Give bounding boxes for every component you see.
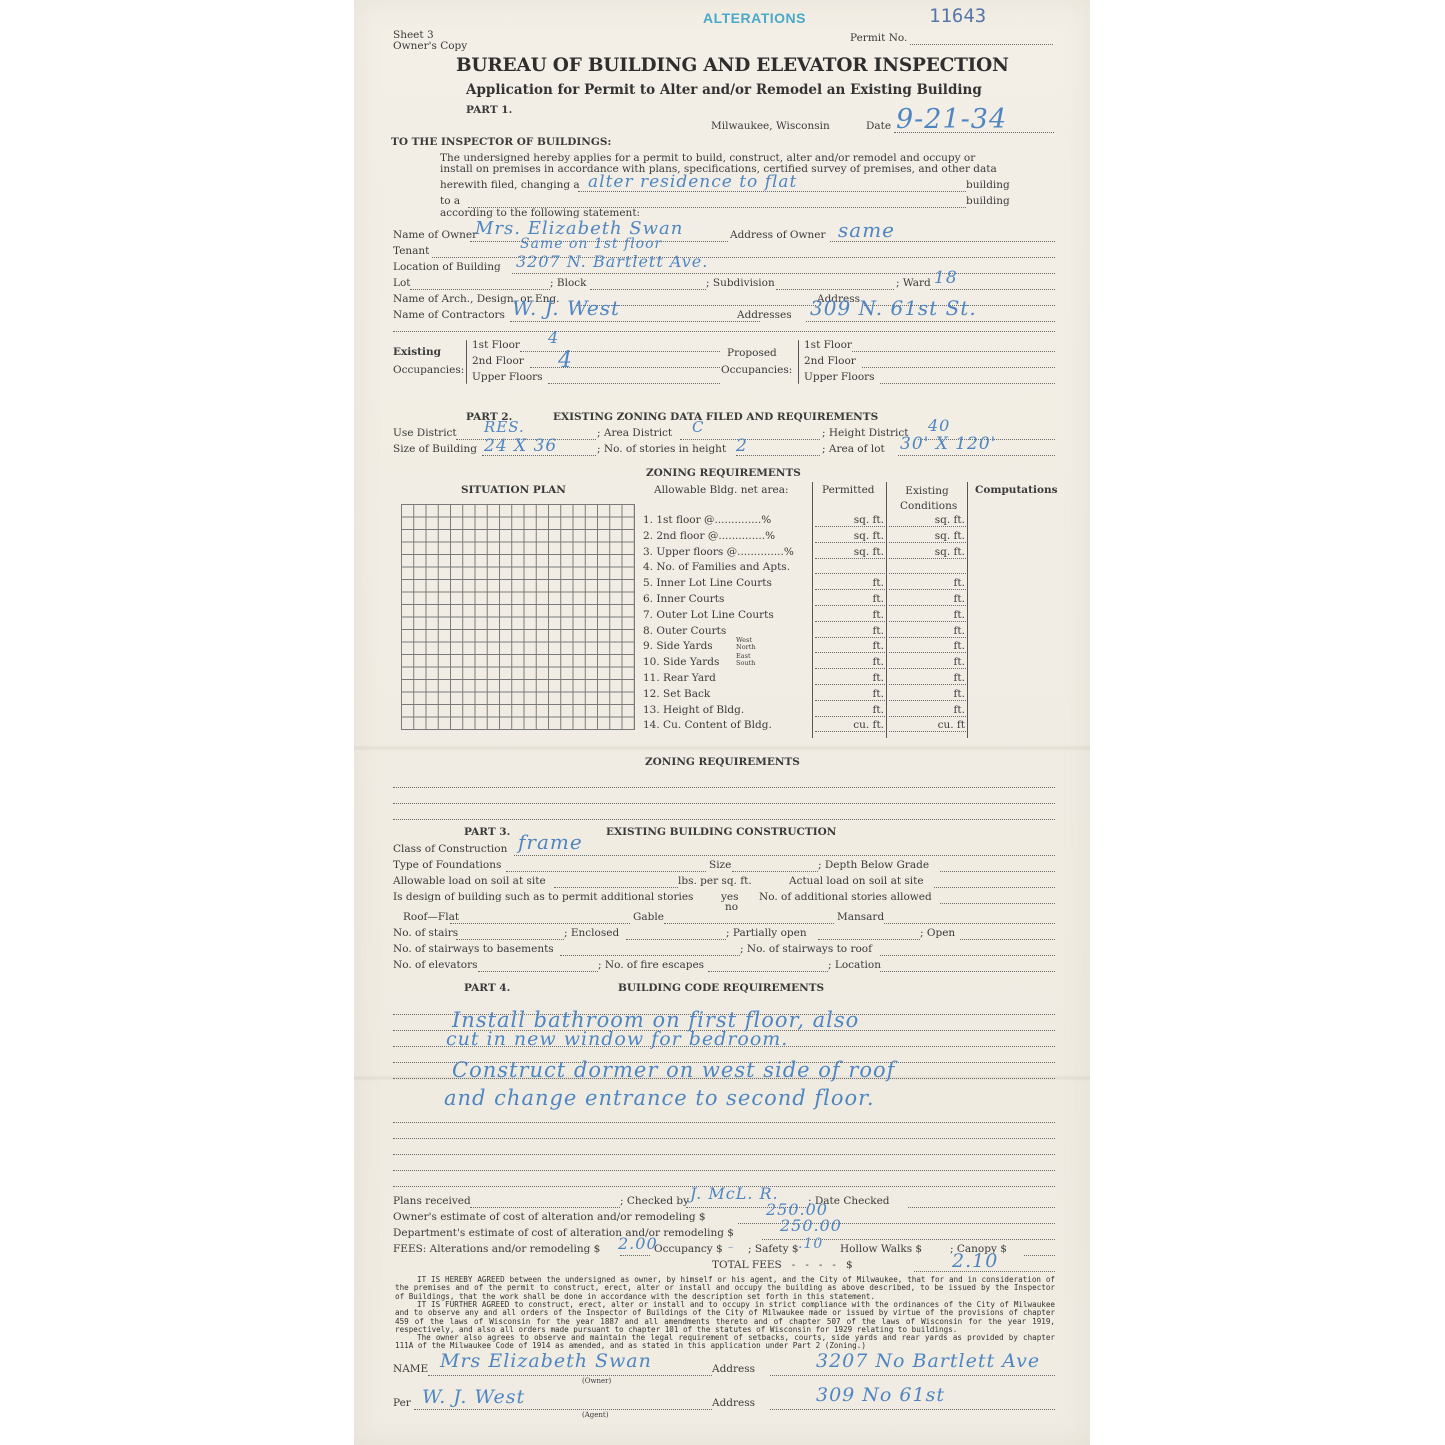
- permit-line: [910, 44, 1053, 45]
- existing-field[interactable]: [889, 637, 966, 638]
- code-requirement-line-4[interactable]: and change entrance to second floor.: [444, 1086, 875, 1110]
- permitted-unit: cu. ft.: [852, 719, 884, 731]
- lot-area-label: ; Area of lot: [822, 443, 885, 455]
- agent-signature-line: [414, 1409, 712, 1410]
- size-line-3[interactable]: [732, 871, 818, 872]
- row-label: 1. 1st floor @..............%: [643, 514, 771, 526]
- agent-address-label: Address: [712, 1397, 755, 1409]
- existing-field[interactable]: [889, 605, 966, 606]
- additional-label: No. of additional stories allowed: [759, 891, 932, 903]
- part2-title: EXISTING ZONING DATA FILED AND REQUIREME…: [553, 411, 878, 423]
- permitted-unit: ft.: [872, 609, 884, 621]
- use-district-label: Use District: [393, 427, 457, 439]
- row-label: 4. No. of Families and Apts.: [643, 561, 790, 573]
- existing-field[interactable]: [889, 652, 966, 653]
- existing-unit: ft.: [953, 656, 965, 668]
- existing-unit: cu. ft: [937, 719, 965, 731]
- existing-floor-1-line: [520, 351, 720, 352]
- part4-title: BUILDING CODE REQUIREMENTS: [618, 982, 824, 994]
- permitted-field[interactable]: [815, 652, 885, 653]
- existing-field[interactable]: [889, 558, 966, 559]
- permitted-field[interactable]: [815, 621, 885, 622]
- size-label-3: Size: [709, 859, 731, 871]
- use-district-value[interactable]: RES.: [484, 418, 525, 436]
- ruled-line: [393, 1170, 1055, 1171]
- stories-value[interactable]: 2: [736, 436, 748, 456]
- permit-number: 11643: [929, 5, 986, 27]
- permitted-field[interactable]: [815, 668, 885, 669]
- proposed-floor-2-line[interactable]: [862, 367, 1055, 368]
- location-label-3: ; Location: [828, 959, 881, 971]
- existing-upper-label: Upper Floors: [472, 371, 543, 383]
- height-district-label: ; Height District: [822, 427, 909, 439]
- stories-label: ; No. of stories in height: [597, 443, 726, 455]
- class-value[interactable]: frame: [518, 830, 583, 854]
- zoning-table-title: ZONING REQUIREMENTS: [646, 467, 801, 479]
- subdivision-label: ; Subdivision: [706, 277, 775, 289]
- permitted-field[interactable]: [815, 637, 885, 638]
- row-label: 6. Inner Courts: [643, 593, 724, 605]
- lot-label: Lot: [393, 277, 411, 289]
- permitted-field[interactable]: [815, 716, 885, 717]
- allowable-load-line[interactable]: [554, 887, 678, 888]
- lot-area-line: [898, 455, 1055, 456]
- contractor-value[interactable]: W. J. West: [512, 296, 620, 320]
- column-divider: [812, 482, 813, 738]
- owner-address-line-sig: [770, 1375, 1055, 1376]
- column-divider: [967, 482, 968, 738]
- permitted-unit: ft.: [872, 688, 884, 700]
- existing-field[interactable]: [889, 668, 966, 669]
- header-computations: Computations: [975, 484, 1058, 496]
- brace-icon: [466, 340, 467, 384]
- permitted-unit: ft.: [872, 656, 884, 668]
- permitted-field[interactable]: [815, 558, 885, 559]
- contractor-label: Name of Contractors: [393, 309, 505, 321]
- permitted-unit: ft.: [872, 704, 884, 716]
- existing-upper-line[interactable]: [548, 383, 720, 384]
- existing-floor-2-label: 2nd Floor: [472, 355, 524, 367]
- agent-caption: (Agent): [582, 1411, 608, 1419]
- existing-field[interactable]: [889, 589, 966, 590]
- city-label: Milwaukee, Wisconsin: [711, 120, 830, 132]
- column-divider: [886, 482, 887, 738]
- row-label: 9. Side Yards: [643, 640, 713, 652]
- enclosed-label: ; Enclosed: [564, 927, 619, 939]
- fees-alterations-value[interactable]: 2.00: [618, 1234, 658, 1253]
- size-value[interactable]: 24 X 36: [484, 436, 557, 456]
- agent-address-value[interactable]: 309 No 61st: [816, 1384, 945, 1406]
- safety-value[interactable]: .10: [798, 1236, 823, 1252]
- open-line[interactable]: [960, 939, 1055, 940]
- stairways-roof-line[interactable]: [880, 955, 1055, 956]
- occupancies-label: Occupancies:: [393, 364, 464, 376]
- contractor-address-label: Addresses: [737, 309, 792, 321]
- additional-line[interactable]: [940, 903, 1055, 904]
- code-requirement-line-3[interactable]: Construct dormer on west side of roof: [452, 1058, 895, 1082]
- contractor-address-line: [806, 321, 1055, 322]
- zoning-line[interactable]: [393, 819, 1055, 820]
- legal-paragraph-1: IT IS HEREBY AGREED between the undersig…: [395, 1276, 1055, 1301]
- permitted-unit: sq. ft.: [853, 530, 884, 542]
- checked-by-label: ; Checked by: [620, 1195, 689, 1207]
- lot-area-value[interactable]: 30' X 120': [900, 434, 996, 454]
- code-requirement-line-2[interactable]: cut in new window for bedroom.: [446, 1028, 788, 1050]
- fire-escapes-line[interactable]: [708, 971, 828, 972]
- elevators-line[interactable]: [478, 971, 598, 972]
- owner-address-value[interactable]: same: [838, 218, 895, 242]
- block-label: ; Block: [550, 277, 587, 289]
- proposed-occupancies-label: Occupancies:: [721, 364, 792, 376]
- ruled-line: [393, 1122, 1055, 1123]
- row-label: 11. Rear Yard: [643, 672, 716, 684]
- agent-signature[interactable]: W. J. West: [422, 1386, 525, 1408]
- permitted-unit: ft.: [872, 593, 884, 605]
- part3-title: EXISTING BUILDING CONSTRUCTION: [606, 826, 836, 838]
- owner-caption: (Owner): [582, 1377, 611, 1385]
- no-option[interactable]: no: [725, 901, 738, 913]
- existing-unit: sq. ft.: [934, 530, 965, 542]
- owner-label: Name of Owner: [393, 229, 477, 241]
- proposed-upper-line[interactable]: [880, 383, 1055, 384]
- zoning-line[interactable]: [393, 787, 1055, 788]
- existing-unit: sq. ft.: [934, 514, 965, 526]
- depth-label: ; Depth Below Grade: [818, 859, 929, 871]
- contractor-address-value[interactable]: 309 N. 61st St.: [810, 296, 977, 320]
- height-district-value[interactable]: 40: [928, 416, 950, 435]
- permitted-field[interactable]: [815, 573, 885, 574]
- area-district-label: ; Area District: [597, 427, 672, 439]
- building-label: building: [966, 179, 1010, 191]
- existing-field[interactable]: [889, 573, 966, 574]
- separator-line: [393, 331, 1055, 332]
- existing-field[interactable]: [889, 621, 966, 622]
- row-label: 5. Inner Lot Line Courts: [643, 577, 772, 589]
- situation-plan-title: SITUATION PLAN: [461, 484, 566, 496]
- salutation: TO THE INSPECTOR OF BUILDINGS:: [391, 136, 611, 148]
- stairs-line[interactable]: [456, 939, 564, 940]
- existing-unit: ft.: [953, 609, 965, 621]
- stairways-basement-label: No. of stairways to basements: [393, 943, 554, 955]
- row-sublabel: West North: [736, 637, 758, 651]
- row-sublabel: East South: [736, 653, 758, 667]
- existing-field[interactable]: [889, 716, 966, 717]
- plans-received-label: Plans received: [393, 1195, 471, 1207]
- allowable-load-label: Allowable load on soil at site: [393, 875, 546, 887]
- stairs-label: No. of stairs: [393, 927, 458, 939]
- stairways-roof-label: ; No. of stairways to roof: [740, 943, 872, 955]
- dept-estimate-value[interactable]: 250.00: [780, 1216, 842, 1235]
- permitted-unit: ft.: [872, 625, 884, 637]
- row-label: 12. Set Back: [643, 688, 710, 700]
- existing-unit: ft.: [953, 688, 965, 700]
- existing-field[interactable]: [889, 542, 966, 543]
- changing-value[interactable]: alter residence to flat: [588, 172, 797, 192]
- permitted-field[interactable]: [815, 589, 885, 590]
- open-label: ; Open: [920, 927, 955, 939]
- total-fees-label: TOTAL FEES - - - - $: [712, 1259, 853, 1271]
- date-value: 9-21-34: [896, 104, 1007, 135]
- part4-label: PART 4.: [464, 982, 510, 994]
- row-label: 8. Outer Courts: [643, 625, 726, 637]
- gable-label: Gable: [633, 911, 664, 923]
- permitted-unit: sq. ft.: [853, 514, 884, 526]
- permitted-field[interactable]: [815, 526, 885, 527]
- existing-unit: ft.: [953, 625, 965, 637]
- permitted-field[interactable]: [815, 684, 885, 685]
- permitted-unit: ft.: [872, 577, 884, 589]
- lbs-label: lbs. per sq. ft.: [678, 875, 752, 887]
- owner-address-label: Address of Owner: [730, 229, 826, 241]
- legal-paragraph-3: The owner also agrees to observe and mai…: [395, 1334, 1055, 1351]
- row-label: 13. Height of Bldg.: [643, 704, 744, 716]
- dept-estimate-label: Department's estimate of cost of alterat…: [393, 1227, 734, 1239]
- location-line-3[interactable]: [880, 971, 1055, 972]
- depth-line[interactable]: [940, 871, 1055, 872]
- legal-paragraph-2: IT IS FURTHER AGREED to construct, erect…: [395, 1301, 1055, 1334]
- existing-label: Existing: [393, 346, 441, 358]
- owner-address-label-sig: Address: [712, 1363, 755, 1375]
- proposed-label: Proposed: [727, 347, 777, 359]
- permitted-field[interactable]: [815, 700, 885, 701]
- owner-estimate-label: Owner's estimate of cost of alteration a…: [393, 1211, 706, 1223]
- row-label: 3. Upper floors @..............%: [643, 546, 794, 558]
- row-label: 7. Outer Lot Line Courts: [643, 609, 774, 621]
- occupancy-label: Occupancy $: [654, 1243, 723, 1255]
- existing-unit: ft.: [953, 640, 965, 652]
- roof-flat-line[interactable]: [450, 923, 630, 924]
- roof-flat-label: Roof—Flat: [403, 911, 459, 923]
- date-checked-line[interactable]: [908, 1207, 1055, 1208]
- elevators-label: No. of elevators: [393, 959, 477, 971]
- block-line[interactable]: [590, 289, 706, 290]
- agent-address-line: [770, 1409, 1055, 1410]
- size-label: Size of Building: [393, 443, 477, 455]
- row-label: 14. Cu. Content of Bldg.: [643, 719, 772, 731]
- ward-label: ; Ward: [896, 277, 931, 289]
- existing-field[interactable]: [889, 731, 966, 732]
- existing-unit: sq. ft.: [934, 546, 965, 558]
- header-allowable: Allowable Bldg. net area:: [654, 484, 789, 496]
- lot-line[interactable]: [410, 289, 550, 290]
- page-title: BUREAU OF BUILDING AND ELEVATOR INSPECTI…: [456, 55, 1009, 76]
- permitted-unit: ft.: [872, 640, 884, 652]
- header-existing: Existing Conditions: [900, 484, 954, 514]
- actual-load-line[interactable]: [934, 887, 1055, 888]
- ward-line: [930, 289, 1055, 290]
- existing-unit: ft.: [953, 577, 965, 589]
- date-label: Date: [866, 120, 891, 132]
- zoning-requirements-title: ZONING REQUIREMENTS: [645, 756, 800, 768]
- tenant-value[interactable]: Same on 1st floor: [520, 236, 662, 252]
- mansard-line[interactable]: [884, 923, 1055, 924]
- fees-alterations-line: [620, 1255, 650, 1256]
- existing-field[interactable]: [889, 526, 966, 527]
- proposed-floor-1-line[interactable]: [852, 351, 1055, 352]
- permitted-field[interactable]: [815, 731, 885, 732]
- owner-signature-line: [428, 1375, 712, 1376]
- existing-field[interactable]: [889, 684, 966, 685]
- permit-label: Permit No.: [850, 32, 907, 44]
- class-line: [514, 855, 1055, 856]
- occupancy-value[interactable]: –: [728, 1241, 733, 1253]
- permitted-unit: sq. ft.: [853, 546, 884, 558]
- alterations-stamp: ALTERATIONS: [703, 10, 806, 26]
- copy-label: Owner's Copy: [393, 41, 467, 52]
- location-value[interactable]: 3207 N. Bartlett Ave.: [516, 252, 708, 271]
- partially-label: ; Partially open: [726, 927, 807, 939]
- part3-label: PART 3.: [464, 826, 510, 838]
- situation-plan-grid[interactable]: [401, 504, 635, 730]
- part1-label: PART 1.: [466, 104, 512, 116]
- hollow-walks-label: Hollow Walks $: [840, 1243, 922, 1255]
- page-subtitle: Application for Permit to Alter and/or R…: [466, 82, 982, 98]
- permitted-field[interactable]: [815, 542, 885, 543]
- row-label: 10. Side Yards: [643, 656, 719, 668]
- foundations-line[interactable]: [506, 871, 706, 872]
- plans-received-line[interactable]: [470, 1207, 620, 1208]
- existing-unit: ft.: [953, 672, 965, 684]
- header-permitted: Permitted: [822, 484, 875, 496]
- enclosed-line[interactable]: [626, 939, 726, 940]
- gable-line[interactable]: [664, 923, 834, 924]
- proposed-floor-2-label: 2nd Floor: [804, 355, 856, 367]
- building-label-2: building: [966, 195, 1010, 207]
- existing-unit: ft.: [953, 593, 965, 605]
- ruled-line: [393, 1154, 1055, 1155]
- partially-line[interactable]: [818, 939, 920, 940]
- proposed-floor-1-label: 1st Floor: [804, 339, 852, 351]
- row-label: 2. 2nd floor @..............%: [643, 530, 775, 542]
- owner-signature[interactable]: Mrs Elizabeth Swan: [440, 1350, 652, 1372]
- foundations-label: Type of Foundations: [393, 859, 501, 871]
- canopy-line[interactable]: [1024, 1255, 1055, 1256]
- ruled-line: [393, 1138, 1055, 1139]
- total-fees-value[interactable]: 2.10: [952, 1250, 998, 1272]
- ward-value[interactable]: 18: [934, 268, 958, 288]
- owner-address-sig-value[interactable]: 3207 No Bartlett Ave: [816, 1350, 1040, 1372]
- proposed-upper-label: Upper Floors: [804, 371, 875, 383]
- paper-fold: [354, 745, 1090, 751]
- location-label: Location of Building: [393, 261, 501, 273]
- subdivision-line[interactable]: [776, 289, 894, 290]
- existing-unit: ft.: [953, 704, 965, 716]
- permitted-unit: ft.: [872, 672, 884, 684]
- per-label: Per: [393, 1397, 411, 1409]
- class-label: Class of Construction: [393, 843, 507, 855]
- stories-line: [736, 455, 820, 456]
- stairways-basement-line[interactable]: [560, 955, 740, 956]
- design-label: Is design of building such as to permit …: [393, 891, 693, 903]
- zoning-line[interactable]: [393, 803, 1055, 804]
- name-label: NAME: [393, 1363, 428, 1375]
- brace-icon: [798, 340, 799, 384]
- existing-floor-1-label: 1st Floor: [472, 339, 520, 351]
- location-line: [512, 273, 1055, 274]
- existing-floor-1-value[interactable]: 4: [548, 328, 559, 347]
- existing-floor-2-value[interactable]: 4: [558, 348, 573, 373]
- tenant-label: Tenant: [393, 245, 429, 257]
- fire-escapes-label: ; No. of fire escapes: [598, 959, 704, 971]
- area-district-line: [680, 439, 820, 440]
- permitted-field[interactable]: [815, 605, 885, 606]
- changing-label: herewith filed, changing a: [440, 179, 580, 191]
- fees-label: FEES: Alterations and/or remodeling $: [393, 1243, 600, 1255]
- actual-load-label: Actual load on soil at site: [789, 875, 924, 887]
- area-district-value[interactable]: C: [692, 418, 704, 436]
- existing-field[interactable]: [889, 700, 966, 701]
- mansard-label: Mansard: [837, 911, 884, 923]
- contractor-line: [510, 321, 760, 322]
- safety-label: ; Safety $: [748, 1243, 799, 1255]
- to-label: to a: [440, 195, 460, 207]
